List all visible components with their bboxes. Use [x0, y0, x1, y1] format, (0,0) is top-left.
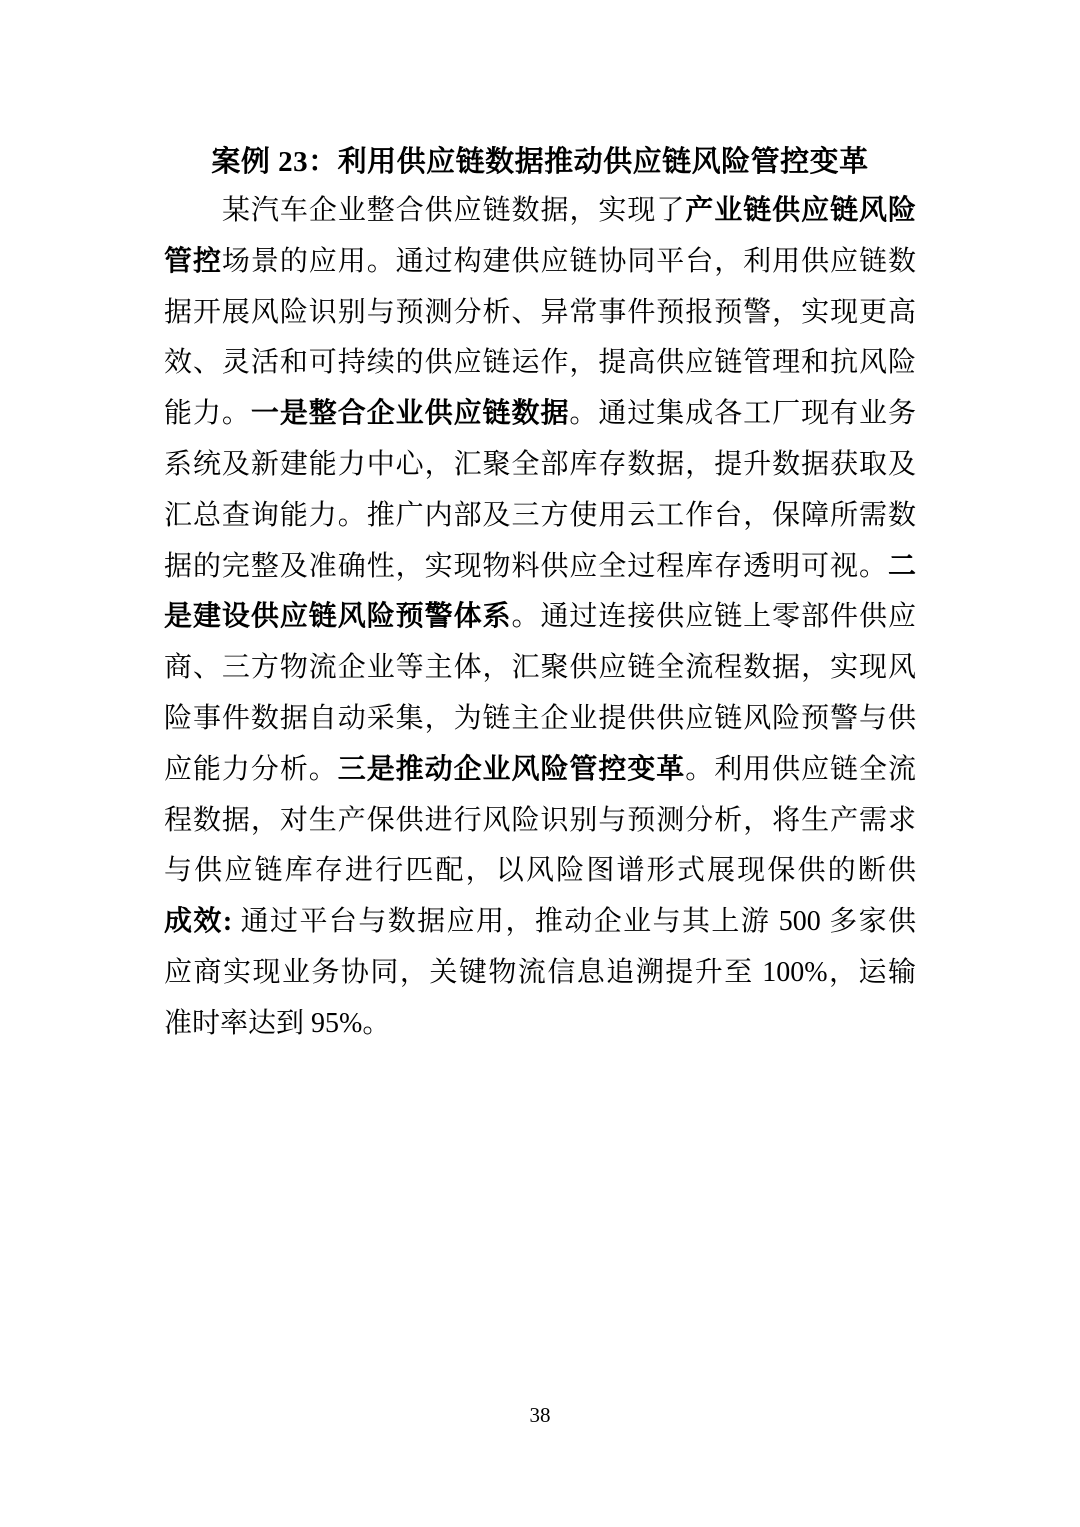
- text-line: 应能力分析。三是推动企业风险管控变革。利用供应链全流: [164, 745, 916, 796]
- page-number: 38: [530, 1403, 551, 1427]
- text-line: 与供应链库存进行匹配，以风险图谱形式展现保供的断供点。: [164, 846, 916, 897]
- document-page: 案例 23：利用供应链数据推动供应链风险管控变革 某汽车企业整合供应链数据，实现…: [0, 0, 1080, 1527]
- text-line: 效、灵活和可持续的供应链运作，提高供应链管理和抗风险: [164, 338, 916, 389]
- text-line: 系统及新建能力中心，汇聚全部库存数据，提升数据获取及: [164, 440, 916, 491]
- text-segment: 。通过连接供应链上零部件供应: [512, 601, 916, 632]
- bold-text-segment: 一是整合企业供应链数据: [251, 398, 570, 429]
- bold-text-segment: 成效:: [164, 906, 232, 937]
- text-segment: 系统及新建能力中心，汇聚全部库存数据，提升数据获取及: [164, 449, 916, 480]
- bold-text-segment: 是建设供应链风险预警体系: [164, 601, 512, 632]
- page-footer: 38: [0, 1400, 1080, 1430]
- text-line: 据开展风险识别与预测分析、异常事件预报预警，实现更高: [164, 288, 916, 339]
- text-segment: 应能力分析。: [164, 754, 338, 785]
- text-segment: 能力。: [164, 398, 251, 429]
- text-line: 险事件数据自动采集，为链主企业提供供应链风险预警与供: [164, 694, 916, 745]
- text-segment: 场景的应用。通过构建供应链协同平台，利用供应链数: [222, 246, 916, 277]
- text-segment: 汇总查询能力。推广内部及三方使用云工作台，保障所需数: [164, 500, 916, 531]
- case-title: 案例 23：利用供应链数据推动供应链风险管控变革: [164, 138, 916, 186]
- text-segment: 应商实现业务协同，关键物流信息追溯提升至 100%，运输: [164, 957, 916, 988]
- text-segment: 效、灵活和可持续的供应链运作，提高供应链管理和抗风险: [164, 347, 916, 378]
- text-line: 成效: 通过平台与数据应用，推动企业与其上游 500 多家供: [164, 897, 916, 948]
- text-line: 能力。一是整合企业供应链数据。通过集成各工厂现有业务: [164, 389, 916, 440]
- page-content: 案例 23：利用供应链数据推动供应链风险管控变革 某汽车企业整合供应链数据，实现…: [164, 138, 916, 1050]
- case-paragraph: 某汽车企业整合供应链数据，实现了产业链供应链风险管控场景的应用。通过构建供应链协…: [164, 186, 916, 1050]
- text-segment: 。通过集成各工厂现有业务: [569, 398, 916, 429]
- bold-text-segment: 三是推动企业风险管控变革: [338, 754, 686, 785]
- text-line: 准时率达到 95%。: [164, 999, 916, 1050]
- text-segment: 与供应链库存进行匹配，以风险图谱形式展现保供的断供点。: [164, 855, 916, 897]
- text-segment: 险事件数据自动采集，为链主企业提供供应链风险预警与供: [164, 703, 916, 734]
- text-segment: 某汽车企业整合供应链数据，实现了: [222, 195, 685, 226]
- text-line: 某汽车企业整合供应链数据，实现了产业链供应链风险: [164, 186, 916, 237]
- text-line: 据的完整及准确性，实现物料供应全过程库存透明可视。二: [164, 542, 916, 593]
- text-line: 商、三方物流企业等主体，汇聚供应链全流程数据，实现风: [164, 643, 916, 694]
- bold-text-segment: 产业链供应链风险: [685, 195, 916, 226]
- text-line: 汇总查询能力。推广内部及三方使用云工作台，保障所需数: [164, 491, 916, 542]
- bold-text-segment: 管控: [164, 246, 222, 277]
- text-segment: 程数据，对生产保供进行风险识别与预测分析，将生产需求: [164, 805, 916, 836]
- text-segment: 准时率达到 95%。: [164, 1008, 390, 1039]
- text-segment: 据的完整及准确性，实现物料供应全过程库存透明可视。: [164, 551, 888, 582]
- text-line: 管控场景的应用。通过构建供应链协同平台，利用供应链数: [164, 237, 916, 288]
- bold-text-segment: 二: [888, 551, 916, 582]
- text-line: 是建设供应链风险预警体系。通过连接供应链上零部件供应: [164, 592, 916, 643]
- text-line: 程数据，对生产保供进行风险识别与预测分析，将生产需求: [164, 796, 916, 847]
- text-line: 应商实现业务协同，关键物流信息追溯提升至 100%，运输: [164, 948, 916, 999]
- text-segment: 据开展风险识别与预测分析、异常事件预报预警，实现更高: [164, 297, 916, 328]
- text-segment: 通过平台与数据应用，推动企业与其上游 500 多家供: [232, 906, 916, 937]
- text-segment: 商、三方物流企业等主体，汇聚供应链全流程数据，实现风: [164, 652, 916, 683]
- text-segment: 。利用供应链全流: [685, 754, 916, 785]
